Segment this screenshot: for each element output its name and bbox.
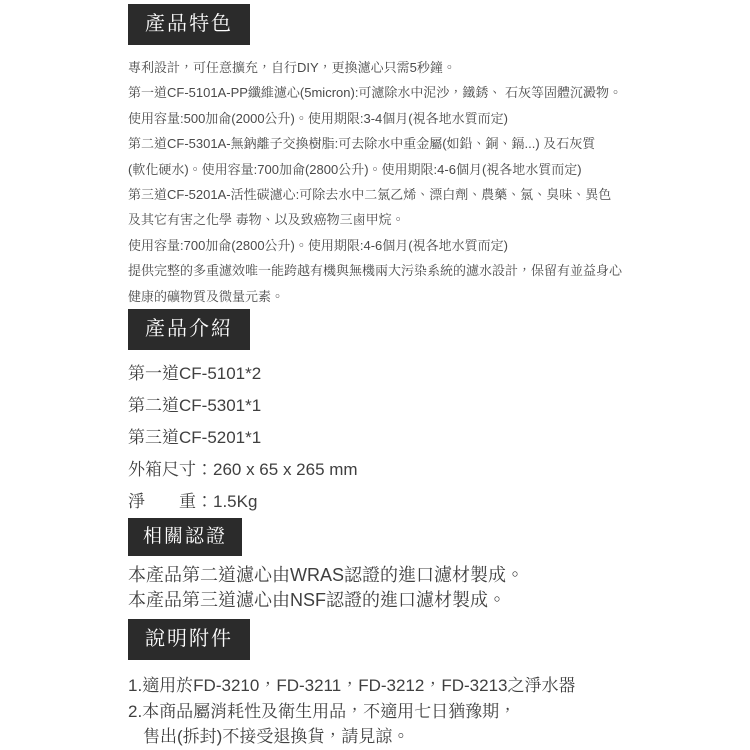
notes-consumable-line: 2.本商品屬消耗性及衛生用品，不適用七日猶豫期， (128, 699, 673, 725)
features-line: (軟化硬水)。使用容量:700加侖(2800公升)。使用期限:4-6個月(視各地… (128, 157, 673, 182)
features-line: 提供完整的多重濾效唯一能跨越有機與無機兩大污染系統的濾水設計，保留有並益身心 (128, 258, 673, 283)
features-line: 專利設計，可任意擴充，自行DIY，更換濾心只需5秒鐘。 (128, 55, 673, 80)
notes-compatibility-line: 1.適用於FD-3210，FD-3211，FD-3212，FD-3213之淨水器 (128, 673, 673, 699)
intro-stage3-model: 第三道CF-5201*1 (128, 422, 673, 454)
cert-wras-line: 本產品第二道濾心由WRAS認證的進口濾材製成。 (128, 563, 673, 588)
section-header-certifications: 相關認證 (128, 518, 242, 556)
features-line: 使用容量:700加侖(2800公升)。使用期限:4-6個月(視各地水質而定) (128, 233, 673, 258)
intro-box-dimensions: 外箱尺寸：260 x 65 x 265 mm (128, 454, 673, 486)
features-line: 及其它有害之化學 毒物、以及致癌物三鹵甲烷。 (128, 207, 673, 232)
features-line: 使用容量:500加侖(2000公升)。使用期限:3-4個月(視各地水質而定) (128, 106, 673, 131)
features-line: 第三道CF-5201A-活性碳濾心:可除去水中二氯乙烯、漂白劑、農藥、氯、臭味、… (128, 182, 673, 207)
features-line: 第一道CF-5101A-PP纖維濾心(5micron):可濾除水中泥沙，鐵銹、 … (128, 80, 673, 105)
section-header-product-introduction: 產品介紹 (128, 309, 250, 350)
features-line: 健康的礦物質及微量元素。 (128, 284, 673, 309)
cert-nsf-line: 本產品第三道濾心由NSF認證的進口濾材製成。 (128, 588, 673, 613)
features-line: 第二道CF-5301A-無鈉離子交換樹脂:可去除水中重金屬(如鉛、銅、鎘...)… (128, 131, 673, 156)
product-description-page: 產品特色 專利設計，可任意擴充，自行DIY，更換濾心只需5秒鐘。 第一道CF-5… (128, 0, 673, 750)
intro-stage2-model: 第二道CF-5301*1 (128, 390, 673, 422)
intro-net-weight: 淨 重：1.5Kg (128, 486, 673, 518)
section-header-product-features: 產品特色 (128, 4, 250, 45)
intro-stage1-model: 第一道CF-5101*2 (128, 358, 673, 390)
product-features-text: 專利設計，可任意擴充，自行DIY，更換濾心只需5秒鐘。 第一道CF-5101A-… (128, 55, 673, 309)
product-introduction-text: 第一道CF-5101*2 第二道CF-5301*1 第三道CF-5201*1 外… (128, 358, 673, 518)
notes-text: 1.適用於FD-3210，FD-3211，FD-3212，FD-3213之淨水器… (128, 673, 673, 750)
section-header-notes-attachments: 說明附件 (128, 619, 250, 660)
certifications-text: 本產品第二道濾心由WRAS認證的進口濾材製成。 本產品第三道濾心由NSF認證的進… (128, 563, 673, 612)
notes-no-return-line: 售出(拆封)不接受退換貨，請見諒。 (128, 724, 673, 750)
